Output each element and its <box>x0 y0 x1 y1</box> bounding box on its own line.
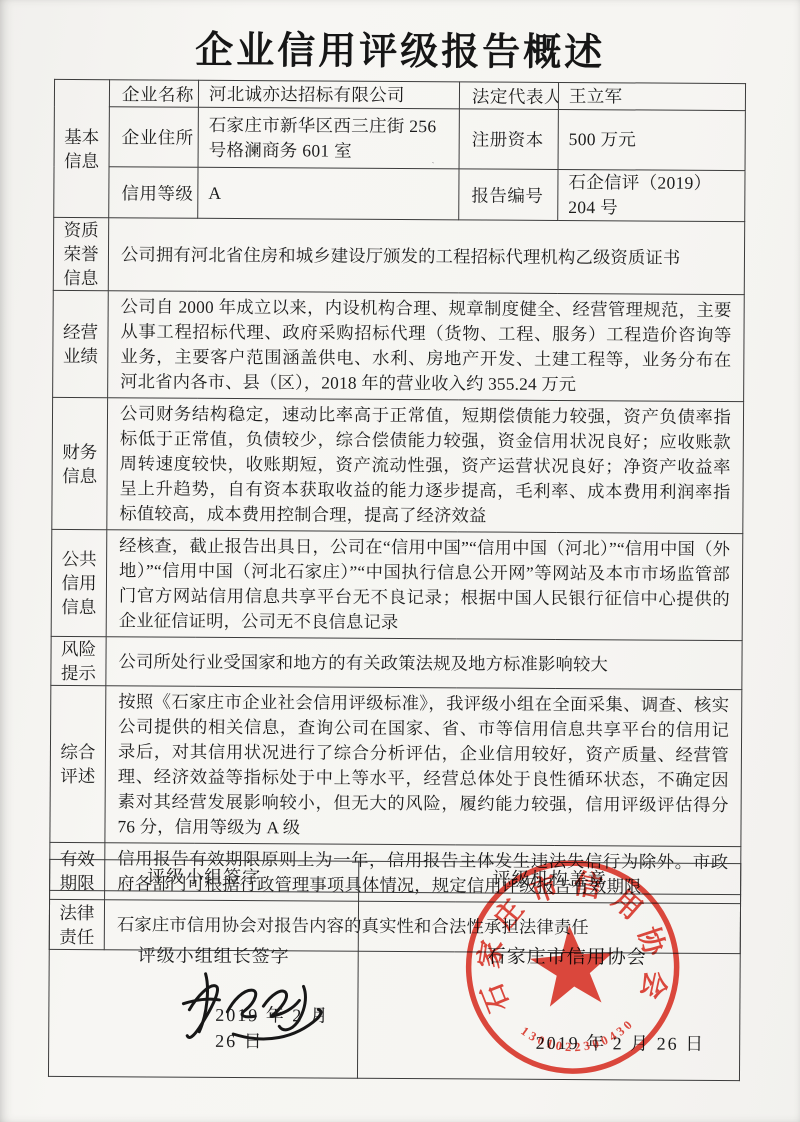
team-sign-header: 评级小组签字 <box>50 859 359 892</box>
report-content: 企业信用评级报告概述 ` 基本信息 企业名称 河北诚亦达招标有限公司 法定代表人… <box>0 0 800 1122</box>
report-no-value: 石企信评（2019）204 号 <box>558 169 745 221</box>
row-label-summary: 综合评述 <box>50 685 106 842</box>
page-title: 企业信用评级报告概述 <box>0 18 800 78</box>
team-date: 2019 年 2 月 26 日 <box>215 1001 357 1054</box>
row-label-finance: 财务信息 <box>52 397 108 529</box>
credit-grade-label: 信用等级 <box>109 167 198 219</box>
team-signature-cell: 评级小组组长签字 2019 年 2 月 26 日 <box>48 890 358 1078</box>
leader-sign-label: 评级小组组长签字 <box>138 941 290 968</box>
row-label-risk: 风险提示 <box>51 636 106 685</box>
scanned-report-page: 企业信用评级报告概述 ` 基本信息 企业名称 河北诚亦达招标有限公司 法定代表人… <box>0 0 800 1122</box>
summary-content: 按照《石家庄市企业社会信用评级标准》，我评级小组在全面采集、调查、核实公司提供的… <box>105 686 742 847</box>
report-no-label: 报告编号 <box>459 169 558 221</box>
credit-grade-value: A <box>198 167 459 220</box>
legal-rep-label: 法定代表人 <box>459 82 558 110</box>
risk-content: 公司所处行业受国家和地方的有关政策法规及地方标准影响较大 <box>106 637 742 690</box>
finance-content: 公司财务结构稳定，速动比率高于正常值，短期偿债能力较强，资产负债率指标低于正常值… <box>107 398 744 534</box>
business-content: 公司自 2000 年成立以来，内设机构合理、规章制度健全、经营管理规范，主要从事… <box>108 291 745 402</box>
address-value: 石家庄市新华区西三庄街 256 号格澜商务 601 室 <box>198 107 459 169</box>
company-name-value: 河北诚亦达招标有限公司 <box>198 80 459 109</box>
row-label-qualification: 资质荣誉信息 <box>53 217 108 290</box>
company-name-label: 企业名称 <box>109 80 198 108</box>
address-label: 企业住所 <box>109 107 198 168</box>
row-label-public-credit: 公共信用信息 <box>51 529 107 636</box>
org-date: 2019 年 2 月 26 日 <box>536 1029 706 1056</box>
legal-rep-value: 王立军 <box>558 82 745 110</box>
report-table: 基本信息 企业名称 河北诚亦达招标有限公司 法定代表人 王立军 企业住所 石家庄… <box>49 79 746 954</box>
capital-label: 注册资本 <box>459 109 558 170</box>
row-label-basic-info: 基本信息 <box>54 79 110 217</box>
qualification-content: 公司拥有河北省住房和城乡建设厅颁发的工程招标代理机构乙级资质证书 <box>108 218 744 295</box>
public-credit-content: 经核查，截止报告出具日，公司在“信用中国”“信用中国（河北）”“信用中国（外地）… <box>106 530 743 641</box>
signature-table: 评级小组签字 评级机构盖章 评级小组组长签字 <box>48 859 741 1081</box>
org-seal-header: 评级机构盖章 <box>359 861 741 894</box>
org-name-text: 石家庄市信用协会 <box>487 942 647 970</box>
capital-value: 500 万元 <box>558 109 745 170</box>
org-seal-cell: 石家庄市信用协会 2019 年 2 月 26 日 <box>357 892 740 1080</box>
row-label-business: 经营业绩 <box>53 290 109 397</box>
